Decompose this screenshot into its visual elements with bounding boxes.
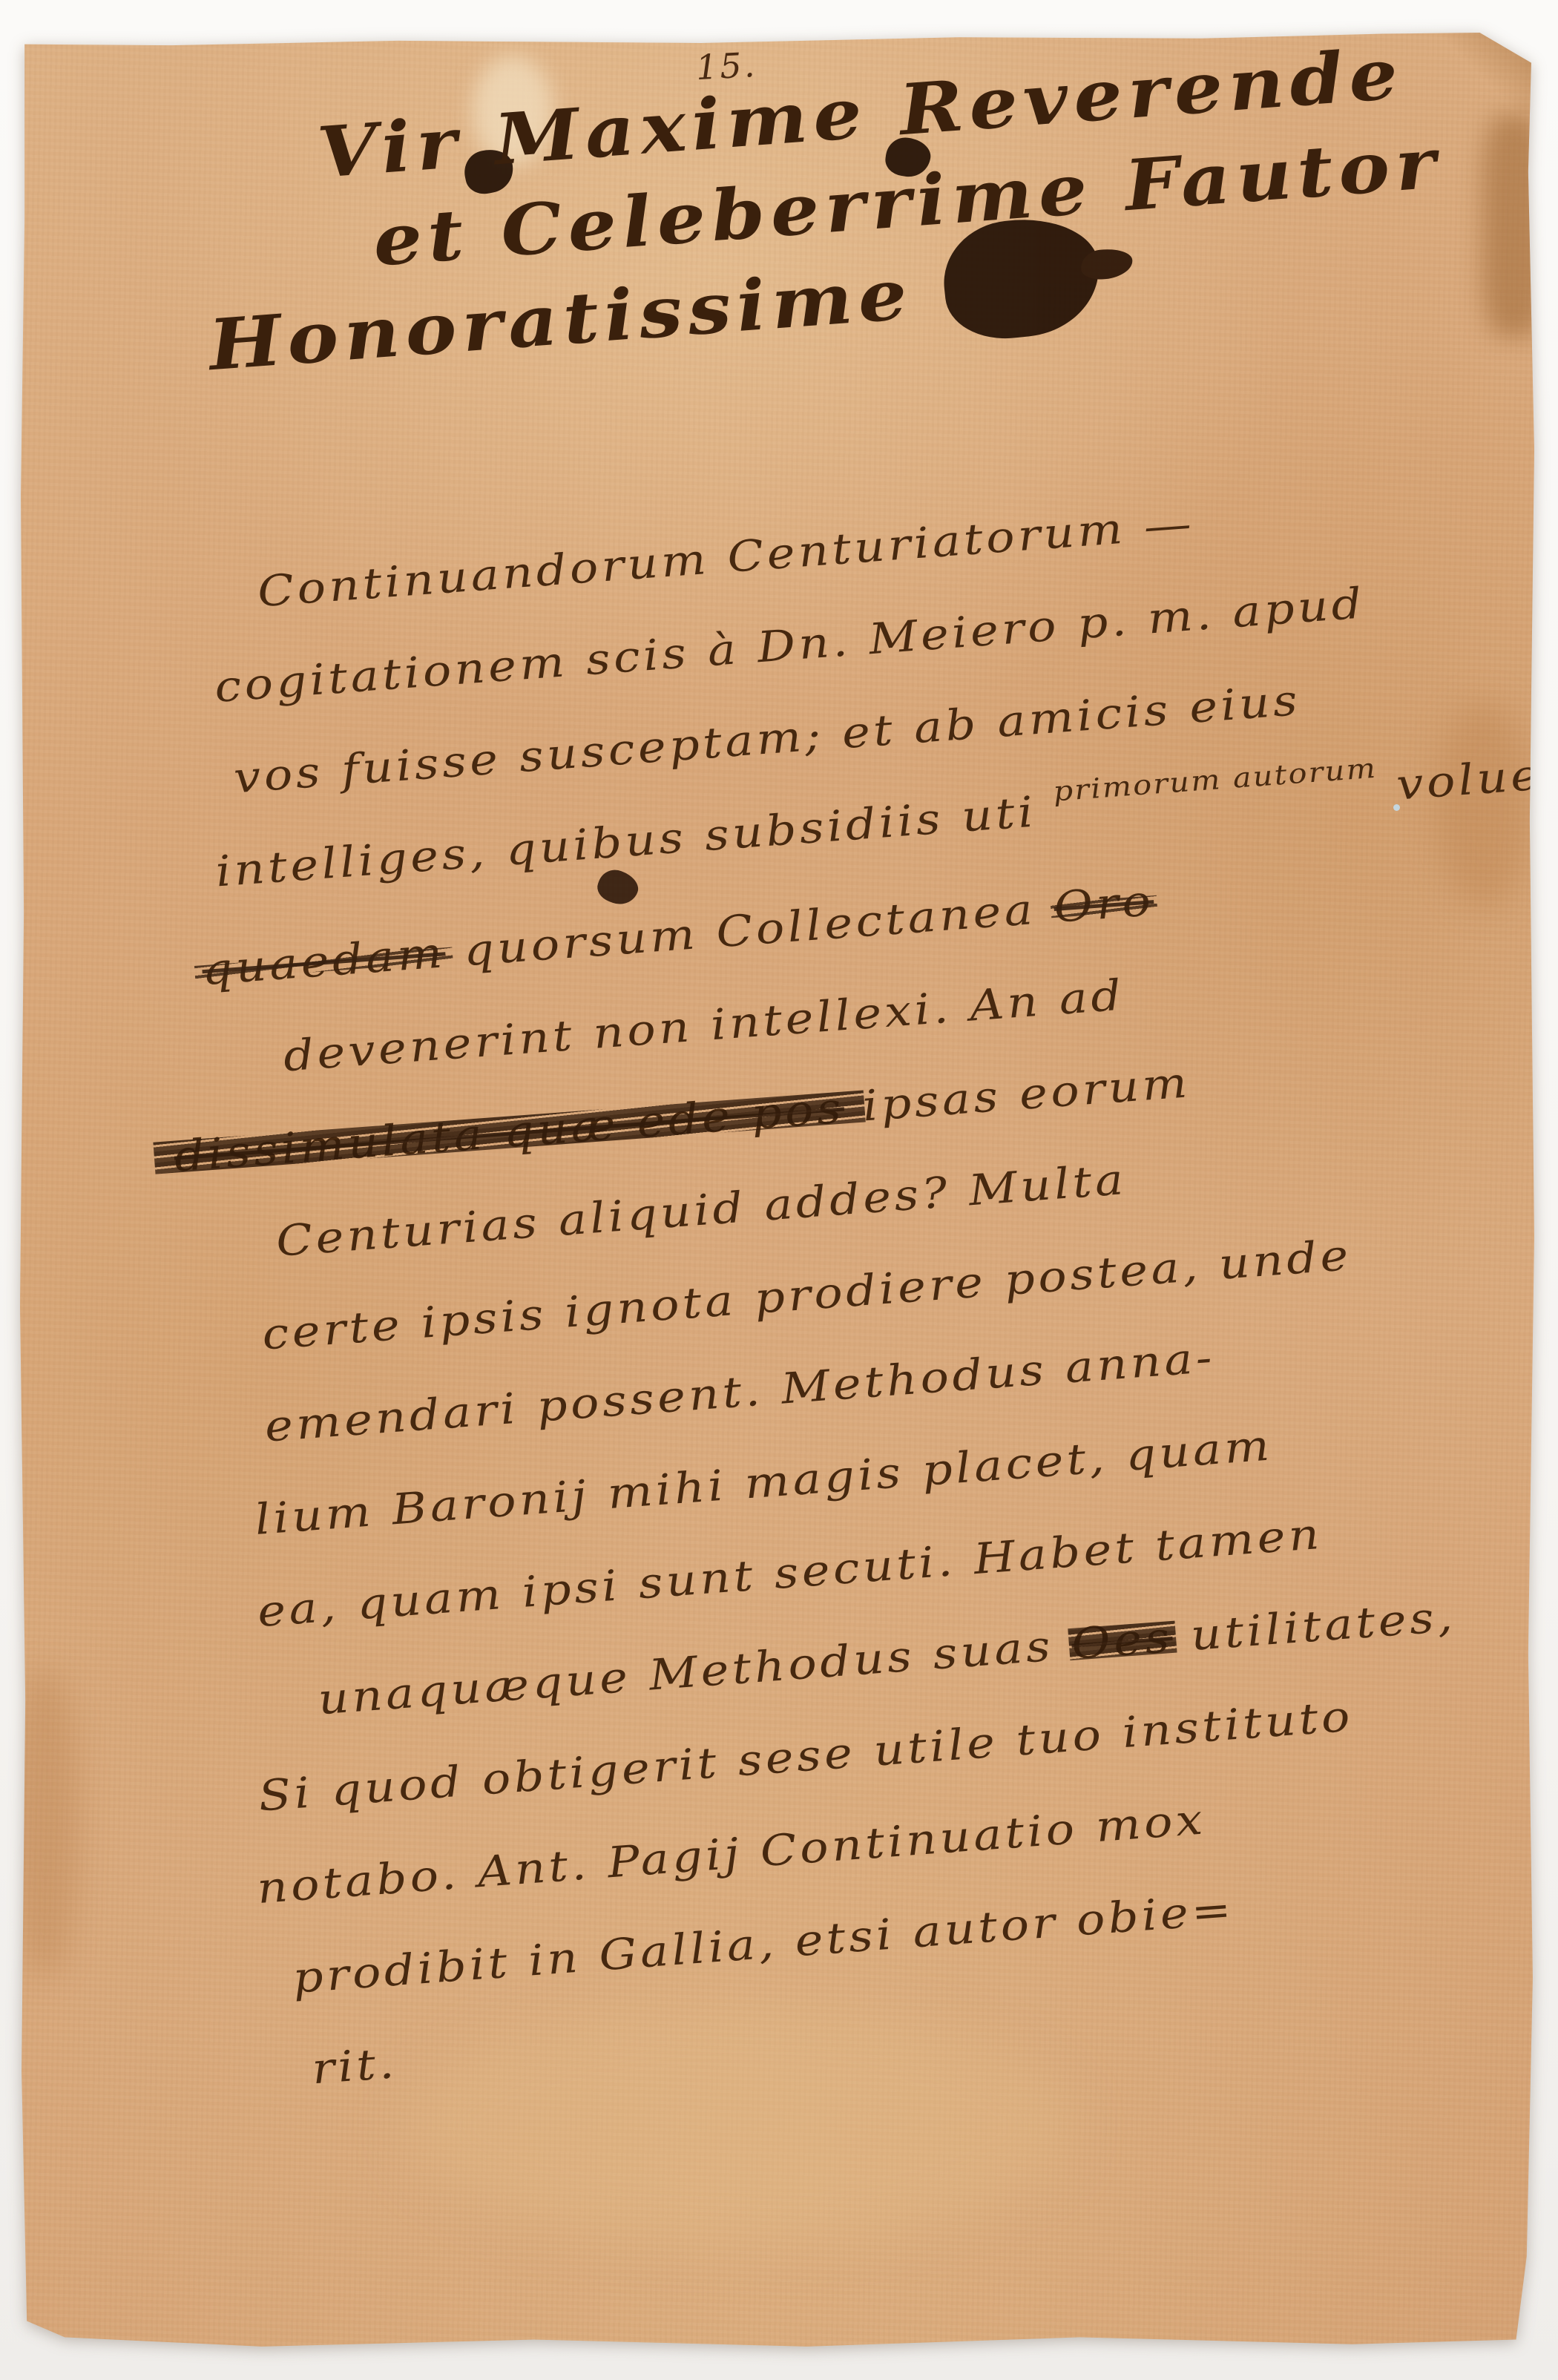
struck-word: Oes — [1070, 1613, 1174, 1669]
body-line-13-post: utilitates, — [1171, 1592, 1457, 1662]
salutation-blotted-word: Fautor — [1122, 122, 1444, 227]
manuscript-page: 15. Vir Maxime Reverende et Celeberrime … — [19, 33, 1534, 2349]
letter-body: Continuandorum Centuriatorum — cogitatio… — [155, 447, 1558, 2119]
inserted-word: primorum autorum — [1052, 752, 1378, 808]
struck-word: Oro — [1052, 876, 1155, 933]
struck-word: quaedam — [200, 928, 447, 995]
letter-text: Vir Maxime Reverende et Celeberrime Faut… — [123, 26, 1558, 2119]
photograph-background: 15. Vir Maxime Reverende et Celeberrime … — [0, 0, 1558, 2380]
body-line-04-post: voluerit — [1376, 746, 1558, 812]
manuscript-page-wrap: 15. Vir Maxime Reverende et Celeberrime … — [19, 33, 1534, 2349]
body-line-07-post: ipsas eorum — [842, 1058, 1191, 1132]
stain-left-lower — [12, 1666, 79, 1978]
